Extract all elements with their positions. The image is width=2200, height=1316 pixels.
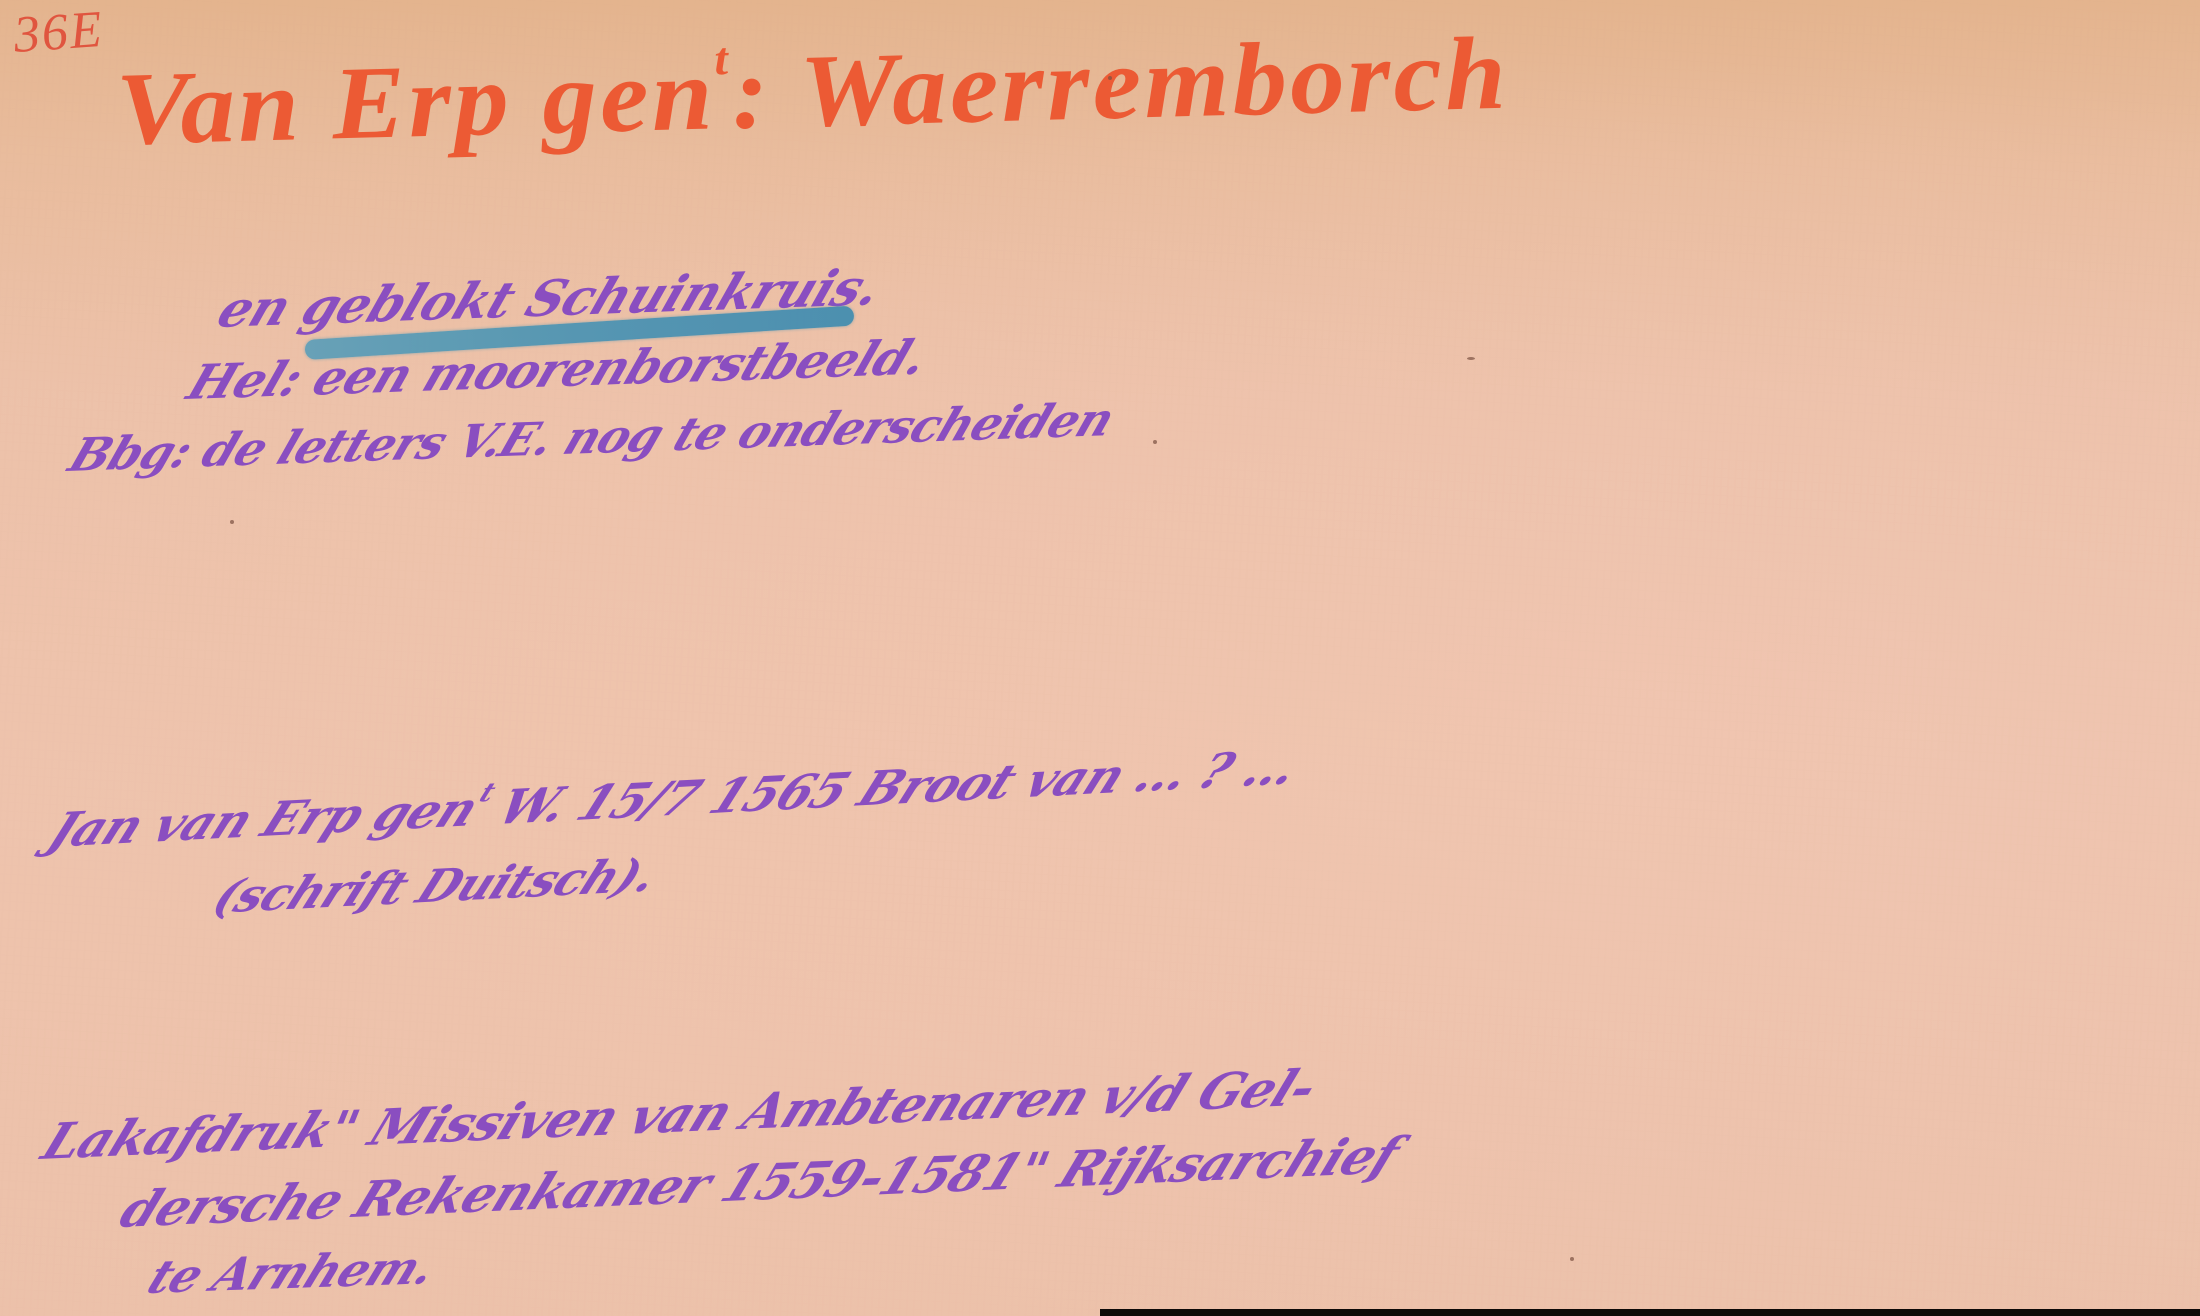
paper-speck xyxy=(1570,1257,1574,1261)
catalog-number: 36E xyxy=(12,0,106,65)
paper-speck xyxy=(230,520,234,524)
title-name-part2: : Waerremborch xyxy=(730,16,1510,151)
archival-index-card: 36E Van Erp gent: Waerremborch en geblok… xyxy=(0,0,2200,1316)
source-line-3: te Arnhem. xyxy=(140,1240,444,1304)
paper-speck xyxy=(1153,440,1157,444)
title-superscript: t xyxy=(714,33,732,84)
paper-speck xyxy=(1108,76,1112,80)
scan-edge-bar xyxy=(1100,1309,2200,1316)
title-name-part1: Van Erp gen xyxy=(115,36,717,167)
paper-speck xyxy=(1467,357,1475,360)
